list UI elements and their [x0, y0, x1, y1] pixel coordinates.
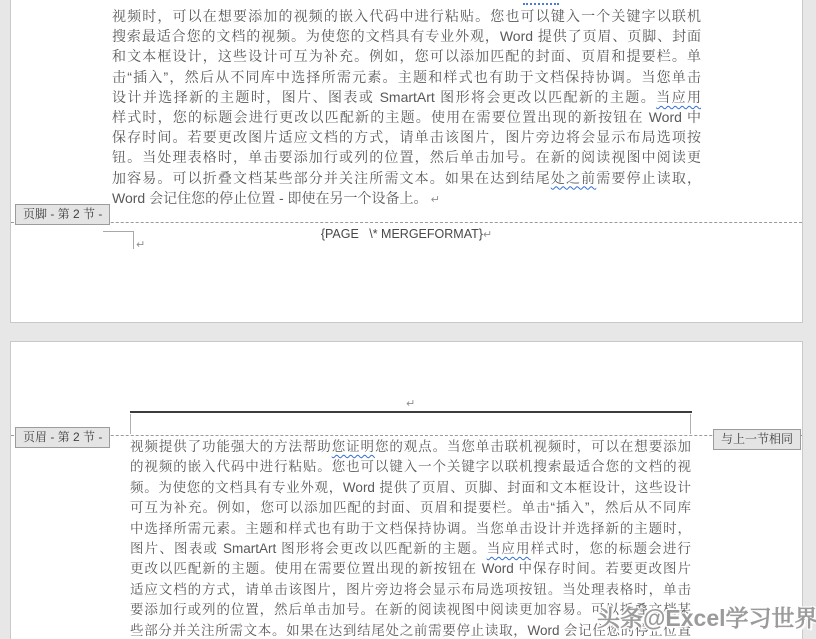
text-line: 保存时间。若要更改图片适应文档的方式，请单击该图片，图片旁边将会显示布局选项按: [112, 127, 701, 147]
text-run: 频。为使您的文档具有专业外观，Word 提供了页眉、页脚、封面和文本框设计，这些…: [130, 480, 691, 495]
text-line: 击“插入”，然后从不同库中选择所需元素。主题和样式也有助于文档保持协调。当您单击: [112, 67, 701, 87]
text-run: 加容易。可以折叠文档某些部分并关注所需文本。如果在达到结尾: [112, 170, 551, 186]
text-line: 和文本框设计，这些设计可互为补充。例如，您可以添加匹配的封面、页眉和提要栏。单: [112, 46, 701, 66]
text-line: 适应文档的方式，请单击该图片，图片旁边将会显示布局选项按钮。当处理表格时，单击: [130, 580, 691, 600]
paragraph-mark: ↵: [483, 229, 492, 241]
text-line: 可互为补充。例如，您可以添加匹配的封面、页眉和提要栏。单击“插入”，然后从不同库: [130, 498, 691, 518]
text-line: 视频提供了功能强大的方法帮助您证明您的观点。当您单击联机视频时，可以在想要添加: [130, 437, 691, 457]
spellcheck-flagged-text: 当应用: [656, 89, 701, 105]
text-run: 图片、图表或 SmartArt 图形将会更改以匹配新的主题。: [130, 541, 487, 556]
text-run: 视频提供了功能强大的方法帮助: [130, 439, 332, 454]
page-number-field[interactable]: {PAGE \* MERGEFORMAT}↵: [112, 227, 701, 241]
text-run: 中选择所需元素。主题和样式也有助于文档保持协调。当您单击设计并选择新的主题时，: [130, 521, 691, 536]
text-line: 中选择所需元素。主题和样式也有助于文档保持协调。当您单击设计并选择新的主题时，: [130, 519, 691, 539]
text-run: 需要停止读取，: [596, 170, 701, 186]
text-line: 的视频的嵌入代码中进行粘贴。您也可以键入一个关键字以联机搜索最适合您的文档的视: [130, 457, 691, 477]
paragraph-mark: ↵: [428, 194, 440, 206]
text-run: 钮。当处理表格时，单击要添加行或列的位置，然后单击加号。在新的阅读视图中阅读更: [112, 149, 701, 165]
header-boundary-dashed-line: [11, 435, 802, 436]
spellcheck-flagged-text: 当应用: [487, 541, 531, 556]
text-run: 可互为补充。例如，您可以添加匹配的封面、页眉和提要栏。单击“插入”，然后从不同库: [130, 500, 691, 515]
paragraph-mark: ↵: [406, 397, 415, 410]
watermark-text: 头条@Excel学习世界: [597, 600, 816, 633]
footer-section-tag: 页脚 - 第 2 节 -: [15, 204, 110, 225]
text-run: 搜索最适合您的文档的视频。为使您的文档具有专业外观，Word 提供了页眉、页脚、…: [112, 28, 701, 44]
text-run: 击“插入”，然后从不同库中选择所需元素。主题和样式也有助于文档保持协调。当您单击: [112, 69, 701, 85]
text-run: 适应文档的方式，请单击该图片，图片旁边将会显示布局选项按钮。当处理表格时，单击: [130, 582, 691, 597]
header-section-tag: 页眉 - 第 2 节 -: [15, 427, 110, 448]
text-boundary-right: [690, 414, 691, 434]
text-line: 视频时，可以在想要添加的视频的嵌入代码中进行粘贴。您也可以键入一个关键字以联机: [112, 6, 701, 26]
spellcheck-flagged-text: 处之前: [551, 170, 596, 186]
text-run: 设计并选择新的主题时，图片、图表或 SmartArt 图形将会更改以匹配新的主题…: [112, 89, 656, 105]
text-run: 和文本框设计，这些设计可互为补充。例如，您可以添加匹配的封面、页眉和提要栏。单: [112, 48, 701, 64]
text-line: 图片、图表或 SmartArt 图形将会更改以匹配新的主题。当应用样式时，您的标…: [130, 539, 691, 559]
field-code-text: {PAGE \* MERGEFORMAT}: [321, 227, 483, 241]
footer-boundary-dashed-line: [11, 222, 802, 223]
text-line: 频。为使您的文档具有专业外观，Word 提供了页眉、页脚、封面和文本框设计，这些…: [130, 478, 691, 498]
text-line: 加容易。可以折叠文档某些部分并关注所需文本。如果在达到结尾处之前需要停止读取，: [112, 168, 701, 188]
text-line: 设计并选择新的主题时，图片、图表或 SmartArt 图形将会更改以匹配新的主题…: [112, 87, 701, 107]
same-as-previous-tag: 与上一节相同: [713, 429, 801, 450]
spellcheck-squiggle-fragment: [523, 0, 559, 5]
text-run: 更改以匹配新的主题。使用在需要位置出现的新按钮在 Word 中保存时间。若要更改…: [130, 561, 691, 576]
page1-body-text[interactable]: 视频时，可以在想要添加的视频的嵌入代码中进行粘贴。您也可以键入一个关键字以联机搜…: [112, 6, 701, 208]
text-line: 样式时，您的标题会进行更改以匹配新的主题。使用在需要位置出现的新按钮在 Word…: [112, 107, 701, 127]
text-line: 钮。当处理表格时，单击要添加行或列的位置，然后单击加号。在新的阅读视图中阅读更: [112, 147, 701, 167]
text-run: 样式时，您的标题会进行更改以匹配新的主题。使用在需要位置出现的新按钮在 Word…: [112, 109, 701, 125]
text-boundary-left: [130, 414, 131, 434]
text-line: Word 会记住您的停止位置 - 即使在另一个设备上。 ↵: [112, 188, 701, 208]
text-run: 视频时，可以在想要添加的视频的嵌入代码中进行粘贴。您也可以键入一个关键字以联机: [112, 8, 701, 24]
text-run: 您的观点。当您单击联机视频时，可以在想要添加: [375, 439, 691, 454]
text-run: 的视频的嵌入代码中进行粘贴。您也可以键入一个关键字以联机搜索最适合您的文档的视: [130, 459, 691, 474]
text-run: 样式时，您的标题会进行: [531, 541, 691, 556]
text-run: Word 会记住您的停止位置 - 即使在另一个设备上。: [112, 190, 428, 206]
spellcheck-flagged-text: 您证明: [332, 439, 375, 454]
header-underline-rule: [130, 411, 692, 413]
text-line: 搜索最适合您的文档的视频。为使您的文档具有专业外观，Word 提供了页眉、页脚、…: [112, 26, 701, 46]
document-window: 视频时，可以在想要添加的视频的嵌入代码中进行粘贴。您也可以键入一个关键字以联机搜…: [0, 0, 816, 639]
text-line: 更改以匹配新的主题。使用在需要位置出现的新按钮在 Word 中保存时间。若要更改…: [130, 559, 691, 579]
text-run: 保存时间。若要更改图片适应文档的方式，请单击该图片，图片旁边将会显示布局选项按: [112, 129, 701, 145]
document-page-1: 视频时，可以在想要添加的视频的嵌入代码中进行粘贴。您也可以键入一个关键字以联机搜…: [10, 0, 803, 323]
document-page-2: ↵ 页眉 - 第 2 节 - 与上一节相同 视频提供了功能强大的方法帮助您证明您…: [10, 341, 803, 639]
